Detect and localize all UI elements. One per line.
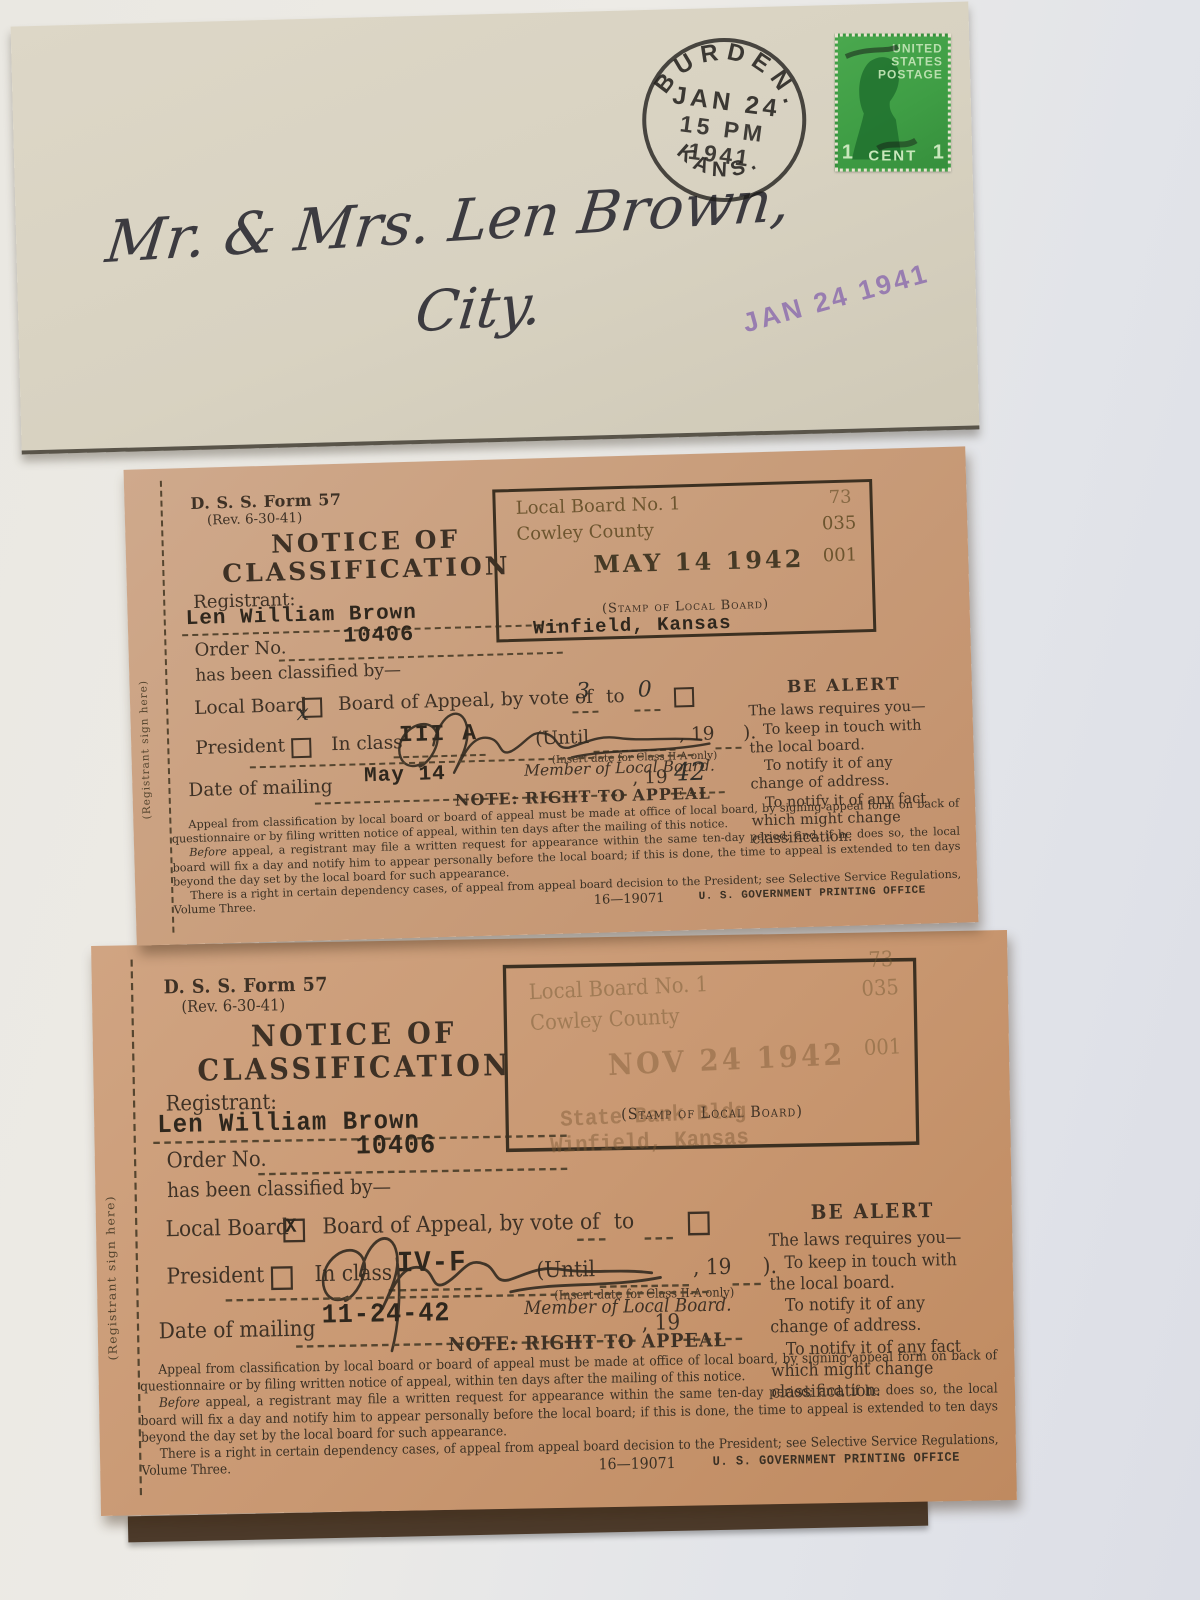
board-code3: 001 [863,1034,901,1061]
year-blank [732,1280,760,1285]
card1-content: (Registrant sign here) D. S. S. Form 57 … [124,446,979,945]
date-stamp: MAY 14 1942 [593,544,805,579]
be-alert-line1: The laws requires you— [769,1227,978,1252]
fine-print-block: Appeal from classification by local boar… [171,797,961,918]
president-label: President [166,1263,264,1290]
before-italic: Before [189,846,227,860]
be-alert-title: BE ALERT [748,673,941,700]
board-line1: Local Board No. 1 [515,493,680,519]
photo-of-documents: { "colors":{ "background_gray":"#e7e7ea"… [0,0,1200,1600]
mailing-date-typed: 11-24-42 [321,1298,450,1331]
classified-by-label: has been classified by— [195,660,401,686]
president-label: President [195,735,285,758]
president-checkbox [271,1266,293,1290]
board-code2: 035 [861,975,899,1002]
postmark-icon: BURDEN. JAN 24 15 PM 1941 KANS. [617,12,832,227]
stamp-box-caption: (Stamp of Local Board) [509,1101,916,1126]
fine-print-block: Appeal from classification by local boar… [140,1347,999,1480]
typed-city: Winfield, Kansas [533,612,732,640]
date-stamp: NOV 24 1942 [607,1037,846,1082]
member-of-board-label: Member of Local Board. [524,1294,732,1319]
gpo-number: 16—19071 [594,891,665,909]
postage-stamp: UNITED STATES POSTAGE 1 CENT 1 [835,34,951,172]
gpo-number: 16—19071 [598,1455,675,1476]
form-revision: (Rev. 6-30-41) [181,996,285,1017]
order-blank-line [258,1165,567,1175]
faded-stamp-content: Local Board No. 1 73 Cowley County 035 N… [506,956,913,975]
form-number: D. S. S. Form 57 [163,973,328,998]
envelope-address-line2: City. [412,273,545,346]
board-line2: Cowley County [516,520,654,545]
gpo-imprint: U. S. GOVERNMENT PRINTING OFFICE [713,1451,960,1472]
card2-content: (Registrant sign here) D. S. S. Form 57 … [91,930,1017,1510]
before-italic: Before [159,1395,200,1411]
appeal-checkbox [688,1211,710,1235]
order-no-typed: 10406 [343,622,415,649]
envelope: Mr. & Mrs. Len Brown, City. BURDEN. JAN … [11,2,980,455]
board-code2: 035 [822,512,857,534]
local-board-stamp-box: Local Board No. 1 73 Cowley County 035 N… [503,958,920,1152]
be-alert-title: BE ALERT [768,1198,977,1227]
classified-by-label: has been classified by— [167,1175,391,1203]
registrant-sign-here-label: (Registrant sign here) [135,609,153,819]
local-board-check-mark: x [296,701,309,726]
registrant-sign-here-label: (Registrant sign here) [103,1112,120,1361]
form-number: D. S. S. Form 57 [190,490,342,513]
order-no-label: Order No. [194,637,286,661]
board-code1: 73 [828,487,851,509]
notice-card-nov-1942: (Registrant sign here) D. S. S. Form 57 … [91,930,1017,1516]
board-code1: 73 [868,947,894,973]
president-checkbox [291,738,312,759]
order-no-typed: 10406 [355,1130,436,1162]
be-alert-line2: To keep in touch with the local board. [749,716,942,758]
mailing-year-value: 42 [674,757,707,787]
year-blank [715,745,741,750]
form-revision: (Rev. 6-30-41) [207,510,303,529]
year-19-label: , 19 [693,1255,732,1281]
order-blank-line [279,650,563,662]
received-date-stamp: JAN 24 1941 [739,258,932,339]
local-board-stamp-box: Local Board No. 1 73 Cowley County 035 M… [492,479,876,643]
board-line2: Cowley County [530,1004,681,1036]
order-no-label: Order No. [166,1147,266,1174]
local-board-label: Local Board [194,695,308,719]
mailing-date-typed: May 14 [364,763,446,788]
board-code3: 001 [823,544,858,566]
notice-card-may-1942: (Registrant sign here) D. S. S. Form 57 … [124,446,979,945]
be-alert-line2: To keep in touch with the local board. [769,1249,979,1296]
local-board-label: Local Board [165,1215,288,1242]
board-line1: Local Board No. 1 [528,972,708,1005]
cancellation-marks [838,37,942,163]
